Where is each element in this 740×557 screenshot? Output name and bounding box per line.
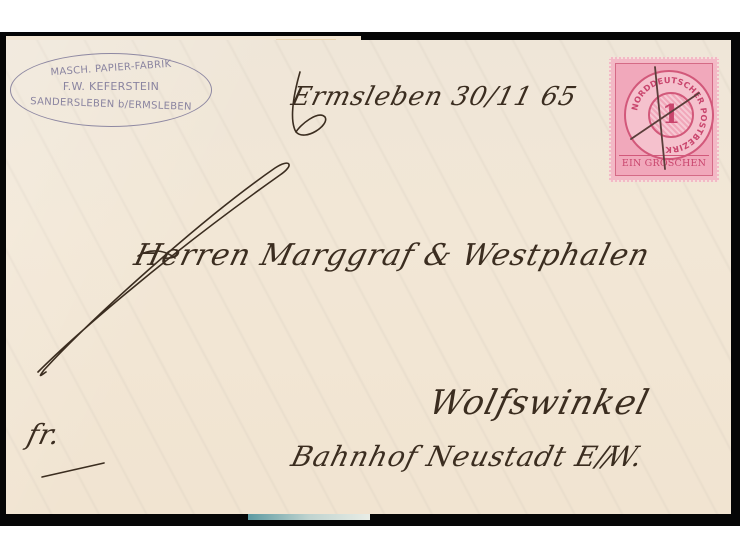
company-oval-stamp: MASCH. PAPIER-FABRIK F.W. KEFERSTEIN SAN… — [10, 53, 212, 127]
manuscript-addressee: Herren Marggraf & Westphalen — [131, 238, 654, 273]
manuscript-town: Wolfswinkel — [425, 383, 653, 423]
manuscript-date-line: Ermsleben 30/11 65 — [288, 82, 580, 112]
company-stamp-line3: SANDERSLEBEN b/ERMSLEBEN — [11, 96, 211, 114]
company-stamp-line2: F.W. KEFERSTEIN — [11, 80, 211, 93]
postage-stamp: NORDDEUTSCHER POSTBEZIRK 1 EIN GROSCHEN — [609, 57, 719, 182]
bottom-edge-tab — [248, 514, 370, 520]
pen-cancellation-icon — [611, 59, 721, 184]
manuscript-station: Bahnhof Neustadt E/W. — [288, 440, 647, 473]
